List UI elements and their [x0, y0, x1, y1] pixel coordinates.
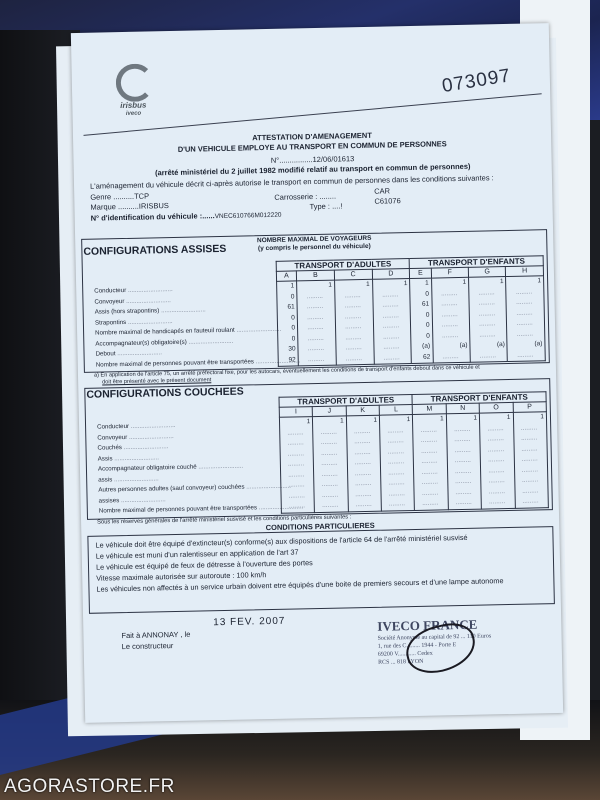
leader-dots: .......................... — [187, 337, 234, 345]
cell-value: ......... — [336, 322, 371, 333]
cell-value: (a) — [412, 342, 430, 353]
cell-value: 1 — [297, 281, 332, 292]
cell-value: ......... — [282, 501, 313, 512]
cell-value: ......... — [298, 333, 333, 344]
cell-value: ......... — [336, 311, 371, 322]
cell-value: ......... — [415, 498, 446, 509]
cell-value: ......... — [374, 332, 409, 343]
row-label-text: Convoyeur — [97, 433, 127, 441]
column-values: 1061000(a)62 — [410, 278, 433, 363]
cell-value: ......... — [414, 467, 445, 478]
column-values: 1.......................................… — [513, 412, 548, 508]
leader-dots: .......................... — [159, 306, 206, 314]
cell-value: 1 — [469, 277, 504, 288]
cell-value: 1 — [277, 281, 294, 292]
cell-value: 1 — [380, 415, 411, 426]
column-header: K — [346, 405, 380, 416]
cell-value: ......... — [448, 456, 479, 467]
cell-value: ......... — [315, 500, 346, 511]
leader-dots: .......................... — [126, 318, 173, 326]
cell-value: ......... — [373, 290, 408, 301]
column-values: 1.......................................… — [372, 279, 412, 365]
cell-value: ......... — [482, 497, 513, 508]
leader-dots: .......................... — [197, 463, 244, 471]
row-label-text: Strapontins — [95, 318, 126, 326]
row-label-text: Conducteur — [97, 423, 129, 431]
cell-value: ......... — [281, 491, 312, 502]
cell-value: ......... — [448, 487, 479, 498]
cell-value: ......... — [336, 353, 371, 364]
cell-value: 1 — [313, 416, 344, 427]
cell-value: ......... — [297, 291, 332, 302]
cell-value: 61 — [278, 302, 295, 313]
cell-value: ......... — [335, 301, 370, 312]
carrosserie-field: Carrosserie : ........ — [274, 192, 336, 202]
footnote-a-continued: doit être présenté avec le présent docum… — [102, 377, 211, 385]
conditions-list: Le véhicule doit être équipé d'extincteu… — [95, 531, 503, 595]
cell-value: 62 — [412, 352, 430, 363]
leader-dots: .......................... — [122, 443, 169, 451]
leader-dots: .......................... — [129, 422, 176, 430]
cell-value: ......... — [469, 288, 504, 299]
cell-value: ......... — [298, 302, 333, 313]
row-label-text: assises — [99, 497, 120, 504]
cell-value: ......... — [347, 437, 378, 448]
type-field: Type : ....! — [309, 201, 342, 211]
cell-value: ......... — [280, 428, 311, 439]
cell-value: ......... — [281, 449, 312, 460]
column-values: 10610003092 — [277, 281, 299, 366]
genre-field: Genre ..........TCP — [90, 191, 149, 201]
cell-value: ......... — [480, 423, 511, 434]
cell-value: 30 — [278, 344, 295, 355]
vin-field: N° d'identification du véhicule :......V… — [91, 210, 282, 223]
cell-value: (a) — [508, 339, 543, 350]
cell-value: ......... — [336, 343, 371, 354]
cell-value: ......... — [414, 456, 445, 467]
cell-value: ......... — [373, 321, 408, 332]
leader-dots: .......................... — [112, 475, 159, 483]
cell-value: ......... — [481, 444, 512, 455]
row-label: Debout .......................... — [95, 349, 162, 357]
cell-value: ......... — [314, 469, 345, 480]
cell-value: 0 — [278, 313, 295, 324]
cell-value: ......... — [447, 424, 478, 435]
cell-value: 0 — [411, 289, 429, 300]
leader-dots: .......................... — [235, 326, 282, 334]
row-label-text: Assis (hors strapontins) — [95, 307, 160, 315]
cell-value: (a) — [470, 340, 505, 351]
cell-value: ......... — [471, 351, 506, 362]
column-header: A — [276, 271, 296, 281]
cell-value: ......... — [414, 435, 445, 446]
column-values: 1.......................................… — [469, 277, 508, 363]
column-values: 1.......................................… — [506, 276, 545, 362]
cell-value: 1 — [347, 416, 378, 427]
cell-value: ......... — [508, 350, 543, 361]
cell-value: ......... — [515, 465, 546, 476]
cell-value: ......... — [374, 342, 409, 353]
signature-date: 13 FEV. 2007 — [213, 616, 285, 629]
cell-value: ......... — [374, 353, 409, 364]
cell-value: ......... — [313, 427, 344, 438]
irisbus-logo-icon: irisbus iveco — [109, 63, 156, 108]
cell-value: ......... — [314, 437, 345, 448]
cell-value: 61 — [411, 300, 429, 311]
row-label-text: assis — [98, 476, 112, 483]
seated-grid: TRANSPORT D'ADULTESTRANSPORT D'ENFANTSAB… — [276, 255, 546, 367]
cell-value: ......... — [335, 290, 370, 301]
watermark: AGORASTORE.FR — [4, 776, 175, 798]
cell-value: ......... — [515, 475, 546, 486]
cell-value: ......... — [508, 329, 543, 340]
cell-value: ......... — [314, 458, 345, 469]
column-values: 1.......................................… — [313, 416, 348, 512]
cell-value: 1 — [413, 414, 444, 425]
cell-value: ......... — [433, 330, 468, 341]
cell-value: ......... — [507, 318, 542, 329]
cell-value: ......... — [381, 489, 412, 500]
cell-value: ......... — [481, 476, 512, 487]
leader-dots: .......................... — [112, 454, 159, 462]
column-values: 1.......................................… — [431, 277, 470, 363]
cell-value: 1 — [432, 278, 467, 289]
cell-value: ......... — [381, 447, 412, 458]
cell-value: ......... — [315, 490, 346, 501]
cell-value: ......... — [415, 488, 446, 499]
row-label: Couchés .......................... — [97, 443, 168, 451]
cell-value: ......... — [432, 288, 467, 299]
column-values: 1.......................................… — [379, 415, 414, 511]
row-label: Assis .......................... — [98, 454, 159, 462]
cell-value: ......... — [432, 309, 467, 320]
cell-value: ......... — [373, 311, 408, 322]
cell-value: 1 — [335, 280, 370, 291]
cell-value: (a) — [433, 341, 468, 352]
cell-value: ......... — [381, 468, 412, 479]
cell-value: ......... — [415, 477, 446, 488]
leader-dots: .......................... — [126, 286, 173, 294]
cell-value: ......... — [348, 468, 379, 479]
cell-value: ......... — [482, 486, 513, 497]
row-label-text: Couchés — [97, 444, 122, 452]
leader-dots: .......................... — [115, 349, 162, 357]
row-label-text: Convoyeur — [94, 298, 124, 306]
cell-value: 0 — [278, 334, 295, 345]
type-value: C61076 — [374, 196, 400, 206]
cell-value: 0 — [278, 323, 295, 334]
leader-dots: .......................... — [127, 433, 174, 441]
cell-value: 0 — [277, 292, 294, 303]
document-number: 073097 — [441, 65, 513, 98]
cell-value: ......... — [481, 465, 512, 476]
cell-value: 92 — [279, 355, 296, 366]
row-label: assis .......................... — [98, 475, 159, 483]
marque-field: Marque ..........IRISBUS — [90, 201, 169, 212]
cell-value: ......... — [347, 426, 378, 437]
column-values: 1.......................................… — [334, 279, 374, 365]
cell-value: 1 — [373, 279, 408, 290]
cell-value: 1 — [410, 279, 428, 290]
cell-value: ......... — [348, 489, 379, 500]
cell-value: ......... — [299, 354, 334, 365]
cell-value: 1 — [480, 413, 511, 424]
attestation-document: irisbus iveco 073097 ATTESTATION D'AMENA… — [71, 23, 563, 723]
cell-value: ......... — [470, 309, 505, 320]
row-label: assises .......................... — [99, 496, 166, 504]
cell-value: ......... — [514, 444, 545, 455]
column-values: 1.......................................… — [279, 417, 314, 513]
carrosserie-value: CAR — [374, 186, 390, 195]
cell-value: ......... — [481, 455, 512, 466]
cell-value: ......... — [448, 466, 479, 477]
cell-value: ......... — [298, 344, 333, 355]
cell-value: ......... — [413, 425, 444, 436]
cell-value: ......... — [281, 459, 312, 470]
cell-value: ......... — [281, 480, 312, 491]
cell-value: ......... — [480, 434, 511, 445]
lying-grid: TRANSPORT D'ADULTESTRANSPORT D'ENFANTSIJ… — [278, 391, 548, 513]
cell-value: 1 — [280, 417, 311, 428]
cell-value: ......... — [347, 447, 378, 458]
cell-value: ......... — [515, 496, 546, 507]
cell-value: ......... — [315, 479, 346, 490]
cell-value: ......... — [380, 436, 411, 447]
cell-value: ......... — [298, 323, 333, 334]
column-header: N — [446, 403, 480, 414]
cell-value: ......... — [381, 478, 412, 489]
cell-value: 0 — [411, 310, 429, 321]
cell-value: ......... — [447, 445, 478, 456]
leader-dots: .......................... — [119, 496, 166, 504]
cell-value: 0 — [412, 331, 430, 342]
cell-value: ......... — [348, 479, 379, 490]
row-label-text: Debout — [95, 350, 115, 357]
cell-value: ......... — [382, 499, 413, 510]
cell-value: ......... — [470, 330, 505, 341]
cell-value: ......... — [507, 297, 542, 308]
leader-dots: .......................... — [124, 297, 171, 305]
cell-value: ......... — [433, 320, 468, 331]
cell-value: ......... — [515, 486, 546, 497]
cell-value: ......... — [433, 351, 468, 362]
row-label-text: Conducteur — [94, 287, 126, 295]
cell-value: ......... — [414, 446, 445, 457]
column-header: E — [410, 268, 431, 278]
cell-value: ......... — [298, 312, 333, 323]
cell-value: ......... — [507, 308, 542, 319]
cell-value: ......... — [380, 426, 411, 437]
cell-value: 1 — [447, 414, 478, 425]
cell-value: ......... — [447, 435, 478, 446]
cell-value: ......... — [470, 319, 505, 330]
cell-value: ......... — [470, 298, 505, 309]
cell-value: ......... — [448, 498, 479, 509]
cell-value: 1 — [513, 412, 544, 423]
cell-value: ......... — [514, 454, 545, 465]
cell-value: ......... — [514, 423, 545, 434]
row-label-text: Assis — [98, 455, 113, 462]
column-header: J — [313, 406, 347, 417]
cell-value: ......... — [281, 470, 312, 481]
cell-value: ......... — [373, 300, 408, 311]
column-values: 1.......................................… — [413, 414, 448, 510]
cell-value: ......... — [314, 448, 345, 459]
cell-value: ......... — [336, 332, 371, 343]
column-values: 1.......................................… — [446, 413, 481, 509]
cell-value: ......... — [507, 287, 542, 298]
cell-value: ......... — [514, 433, 545, 444]
cell-value: ......... — [348, 500, 379, 511]
cell-value: 0 — [411, 321, 429, 332]
column-values: 1.......................................… — [346, 415, 381, 511]
cell-value: 1 — [506, 276, 541, 287]
cell-value: ......... — [347, 458, 378, 469]
column-values: 1.......................................… — [297, 280, 337, 366]
column-values: 1.......................................… — [480, 412, 515, 508]
signature-block: Fait à ANNONAY , le Le constructeur — [121, 629, 190, 652]
cell-value: ......... — [381, 457, 412, 468]
cell-value: ......... — [432, 299, 467, 310]
cell-value: ......... — [280, 438, 311, 449]
cell-value: ......... — [448, 477, 479, 488]
